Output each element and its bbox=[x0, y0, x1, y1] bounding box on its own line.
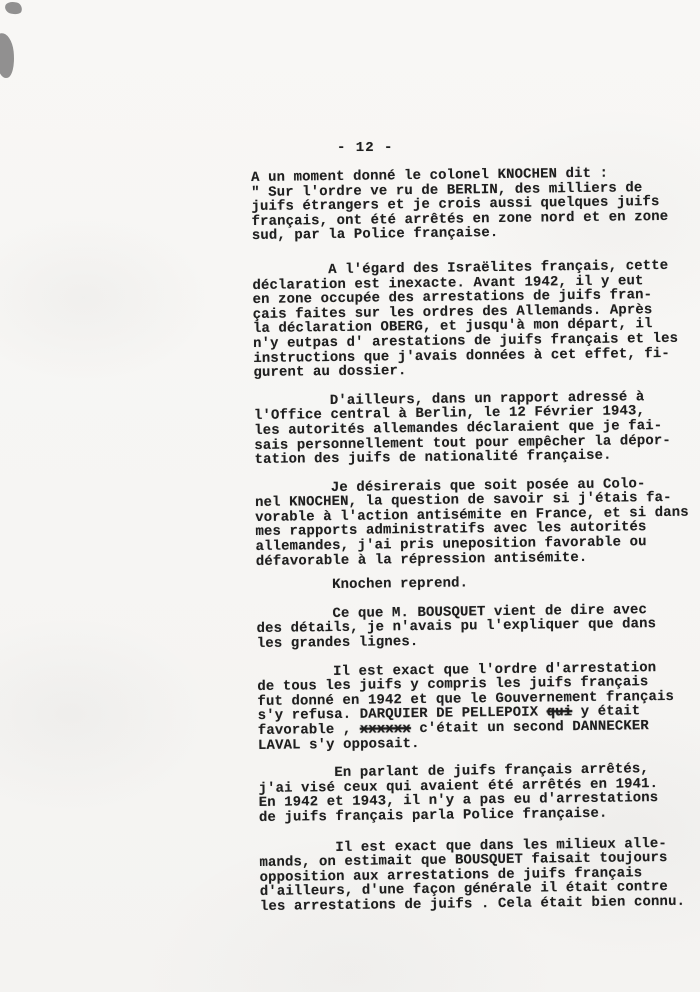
scan-ink-mark bbox=[4, 0, 23, 15]
text-line: les arrestations de juifs . Cela était b… bbox=[260, 895, 692, 915]
text-line: défavorable à la répression antisémite. bbox=[256, 549, 688, 569]
paragraph: Il est exact que l'ordre d'arrestationde… bbox=[257, 660, 690, 753]
scanned-document-page: - 12 - A un moment donné le colonel KNOC… bbox=[0, 0, 700, 992]
paragraph: A un moment donné le colonel KNOCHEN dit… bbox=[251, 166, 684, 244]
text-block: A un moment donné le colonel KNOCHEN dit… bbox=[251, 166, 692, 929]
paragraph: Knochen reprend. bbox=[256, 574, 688, 594]
paragraph: Il est exact que dans les milieux alle-m… bbox=[259, 836, 692, 914]
text-line: les grandes lignes. bbox=[257, 632, 689, 652]
page-number: - 12 - bbox=[337, 140, 393, 156]
paragraph: Je désirerais que soit posée au Colo-nel… bbox=[255, 476, 688, 569]
scan-ink-mark bbox=[0, 32, 16, 79]
paragraph: D'ailleurs, dans un rapport adressé àl'O… bbox=[254, 389, 687, 467]
text-line: Knochen reprend. bbox=[256, 574, 688, 594]
text-line: sud, par la Police française. bbox=[252, 224, 684, 244]
text-line: tation des juifs de nationalité français… bbox=[254, 448, 686, 468]
paragraph: En parlant de juifs français arrêtés,j'a… bbox=[258, 762, 691, 826]
text-segment: c'était un second DANNECKER bbox=[411, 718, 649, 737]
paragraph: A l'égard des Israëlites français, cette… bbox=[252, 259, 685, 381]
text-line: de juifs français parla Police française… bbox=[259, 806, 691, 826]
paragraph: Ce que M. BOUSQUET vient de dire avecdes… bbox=[256, 603, 689, 652]
